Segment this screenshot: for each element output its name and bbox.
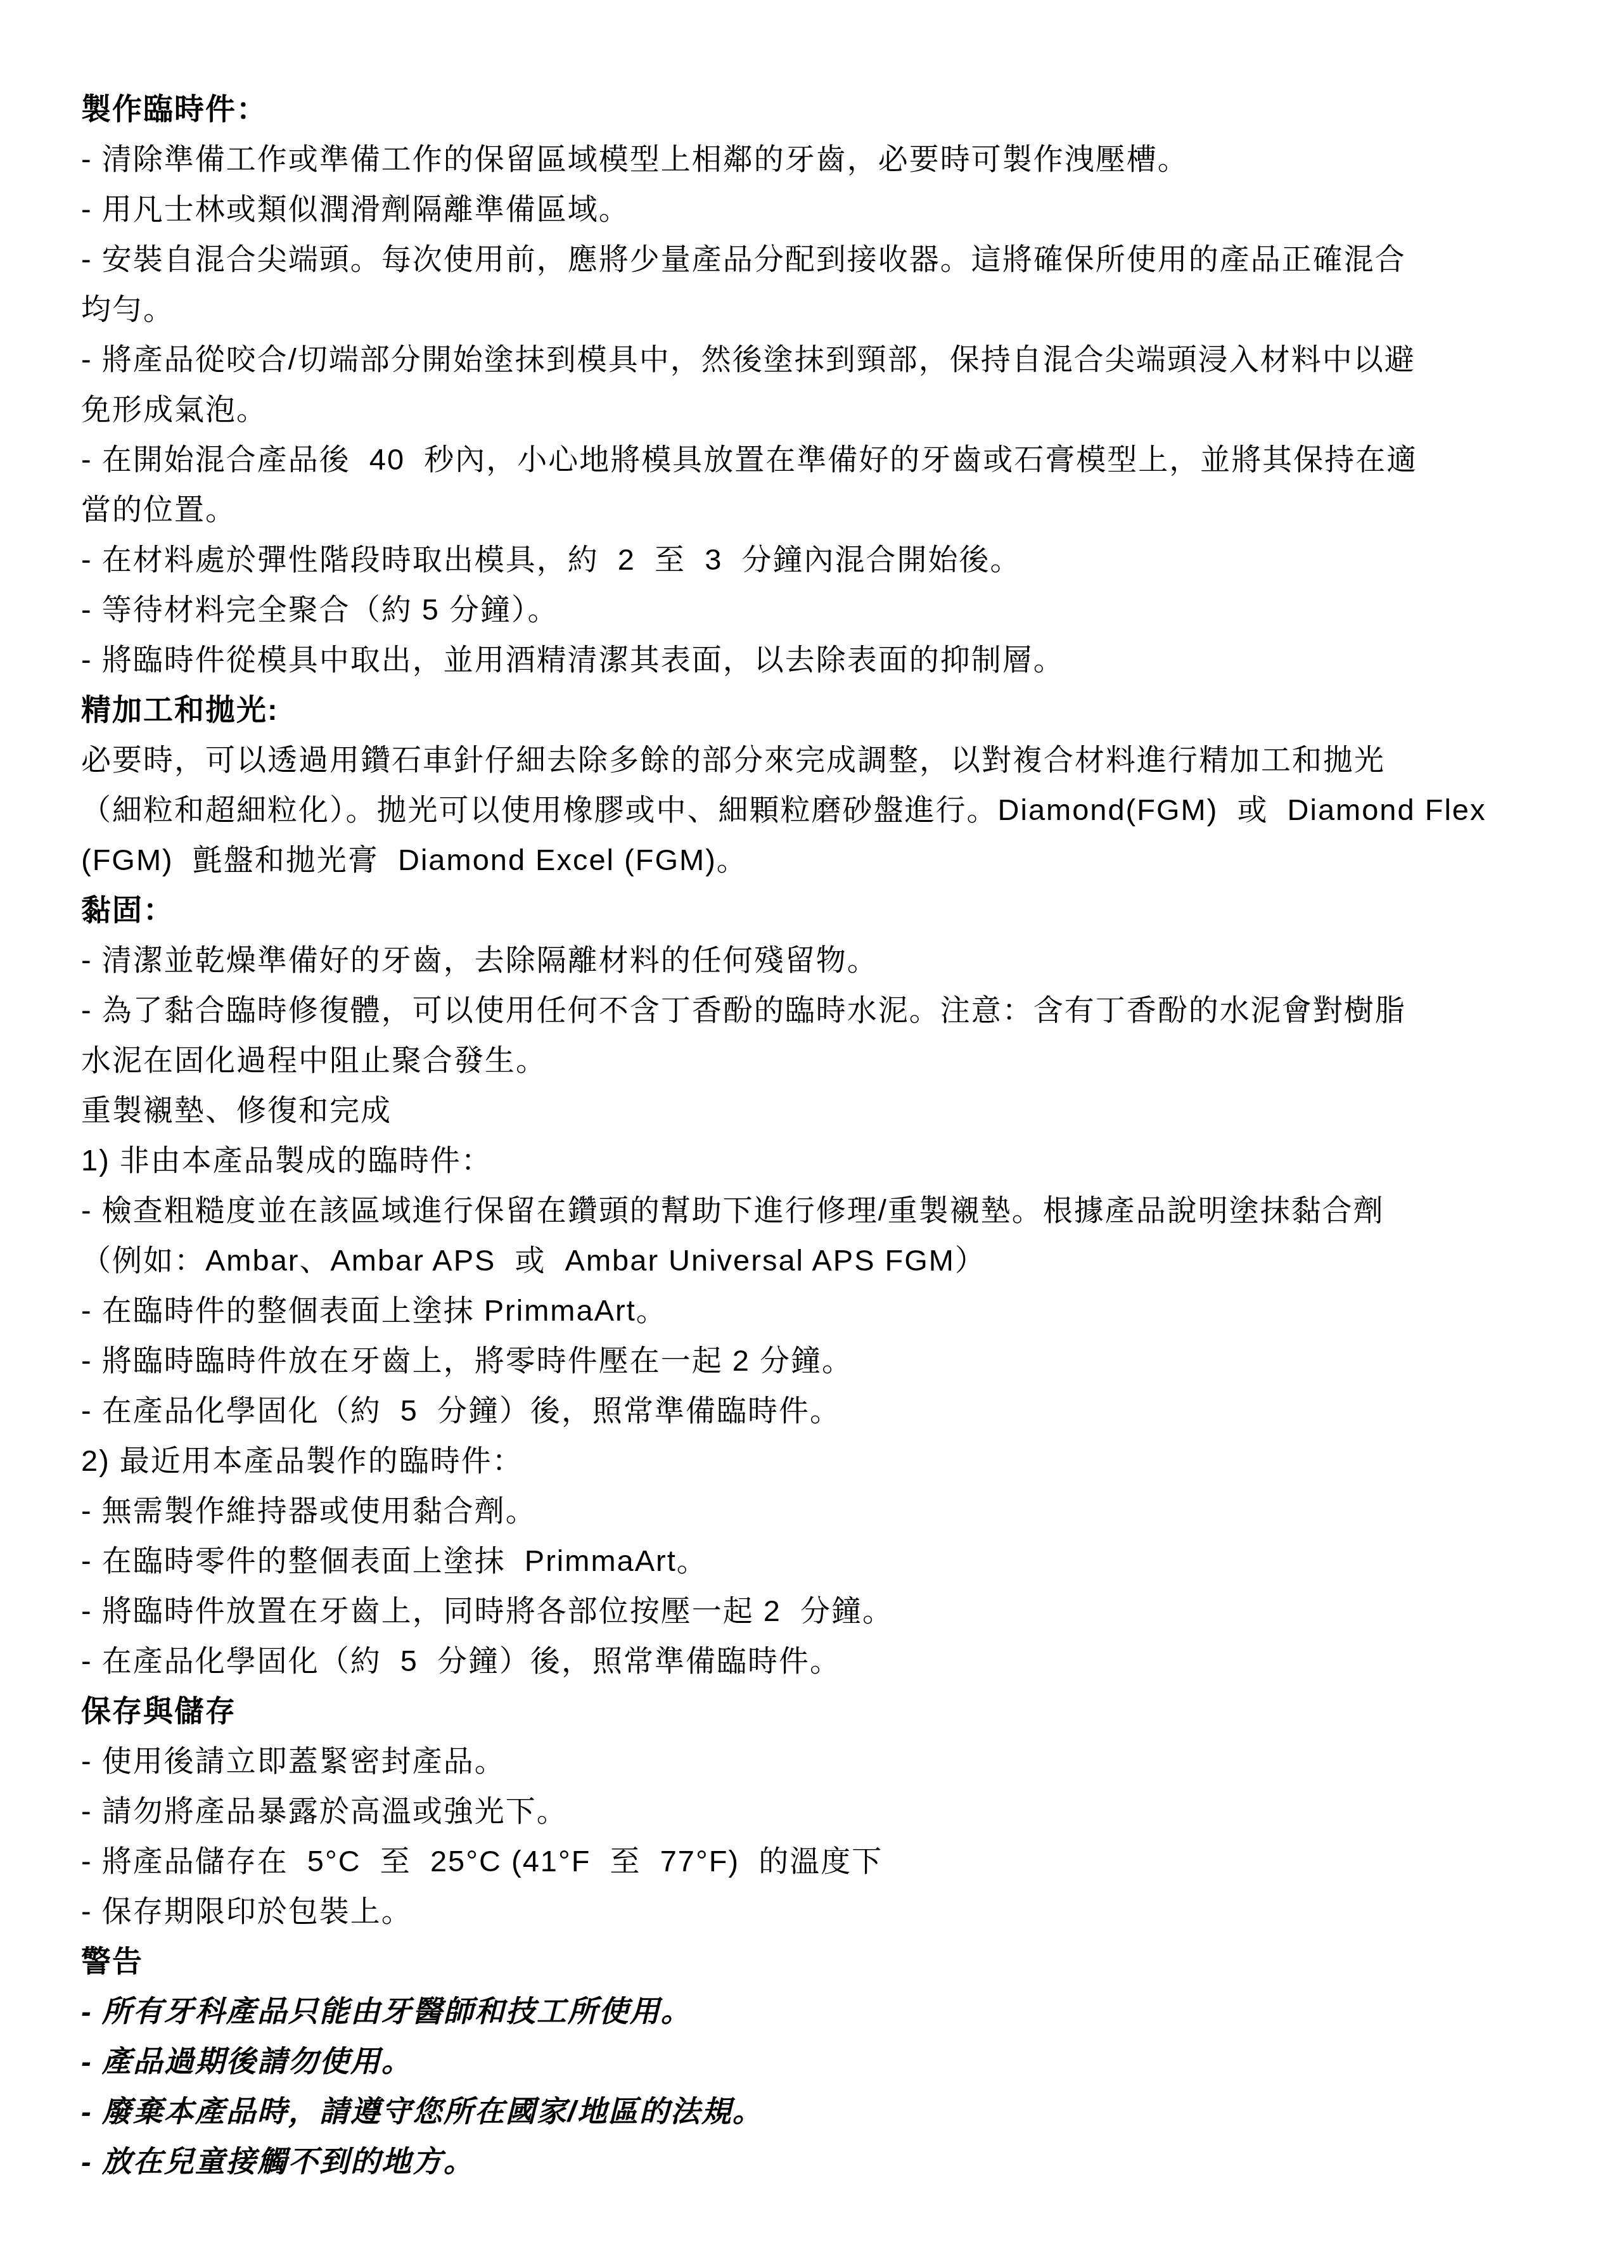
- warning-item: - 產品過期後請勿使用。: [81, 2036, 1548, 2086]
- bullet-item: - 在產品化學固化（約 5 分鐘）後，照常準備臨時件。: [81, 1385, 1548, 1435]
- warning-item: - 廢棄本產品時，請遵守您所在國家/地區的法規。: [81, 2086, 1548, 2136]
- bullet-item: - 無需製作維持器或使用黏合劑。: [81, 1485, 1548, 1535]
- paragraph-line: (FGM) 氈盤和拋光膏 Diamond Excel (FGM)。: [81, 835, 1548, 885]
- bullet-item: - 請勿將產品暴露於高溫或強光下。: [81, 1786, 1548, 1836]
- bullet-item: - 將臨時臨時件放在牙齒上，將零時件壓在一起 2 分鐘。: [81, 1335, 1548, 1385]
- warning-item: - 所有牙科產品只能由牙醫師和技工所使用。: [81, 1986, 1548, 2036]
- continuation-line: （例如：Ambar、Ambar APS 或 Ambar Universal AP…: [81, 1235, 1548, 1285]
- heading-cementation: 黏固：: [81, 885, 1548, 935]
- bullet-item: - 使用後請立即蓋緊密封產品。: [81, 1736, 1548, 1786]
- bullet-item: - 為了黏合臨時修復體，可以使用任何不含丁香酚的臨時水泥。注意：含有丁香酚的水泥…: [81, 985, 1548, 1035]
- numbered-item: 2) 最近用本產品製作的臨時件：: [81, 1435, 1548, 1485]
- paragraph-line: （細粒和超細粒化）。拋光可以使用橡膠或中、細顆粒磨砂盤進行。Diamond(FG…: [81, 785, 1548, 835]
- bullet-item: - 在材料處於彈性階段時取出模具，約 2 至 3 分鐘內混合開始後。: [81, 534, 1548, 584]
- warning-item: - 放在兒童接觸不到的地方。: [81, 2136, 1548, 2186]
- continuation-line: 免形成氣泡。: [81, 384, 1548, 434]
- document-page: 製作臨時件： - 清除準備工作或準備工作的保留區域模型上相鄰的牙齒，必要時可製作…: [0, 0, 1624, 2268]
- bullet-item: - 在臨時零件的整個表面上塗抹 PrimmaArt。: [81, 1535, 1548, 1586]
- bullet-item: - 清潔並乾燥準備好的牙齒，去除隔離材料的任何殘留物。: [81, 935, 1548, 985]
- bullet-item: - 在開始混合產品後 40 秒內，小心地將模具放置在準備好的牙齒或石膏模型上，並…: [81, 434, 1548, 484]
- bullet-item: - 將臨時件從模具中取出，並用酒精清潔其表面，以去除表面的抑制層。: [81, 634, 1548, 684]
- bullet-item: - 清除準備工作或準備工作的保留區域模型上相鄰的牙齒，必要時可製作洩壓槽。: [81, 134, 1548, 184]
- bullet-item: - 將產品從咬合/切端部分開始塗抹到模具中，然後塗抹到頸部，保持自混合尖端頭浸入…: [81, 334, 1548, 384]
- bullet-item: - 等待材料完全聚合（約 5 分鐘）。: [81, 584, 1548, 634]
- bullet-item: - 在產品化學固化（約 5 分鐘）後，照常準備臨時件。: [81, 1636, 1548, 1686]
- paragraph-line: 必要時，可以透過用鑽石車針仔細去除多餘的部分來完成調整，以對複合材料進行精加工和…: [81, 734, 1548, 785]
- continuation-line: 當的位置。: [81, 484, 1548, 534]
- bullet-item: - 在臨時件的整個表面上塗抹 PrimmaArt。: [81, 1285, 1548, 1335]
- heading-warning: 警告: [81, 1936, 1548, 1986]
- bullet-item: - 用凡士林或類似潤滑劑隔離準備區域。: [81, 184, 1548, 234]
- paragraph-line: 重製襯墊、修復和完成: [81, 1085, 1548, 1135]
- heading-finishing-and-polishing: 精加工和拋光:: [81, 684, 1548, 734]
- heading-storage: 保存與儲存: [81, 1686, 1548, 1736]
- bullet-item: - 安裝自混合尖端頭。每次使用前，應將少量產品分配到接收器。這將確保所使用的產品…: [81, 234, 1548, 284]
- bullet-item: - 保存期限印於包裝上。: [81, 1886, 1548, 1936]
- continuation-line: 水泥在固化過程中阻止聚合發生。: [81, 1035, 1548, 1085]
- bullet-item: - 檢查粗糙度並在該區域進行保留在鑽頭的幫助下進行修理/重製襯墊。根據產品說明塗…: [81, 1185, 1548, 1235]
- bullet-item: - 將產品儲存在 5°C 至 25°C (41°F 至 77°F) 的溫度下: [81, 1836, 1548, 1886]
- numbered-item: 1) 非由本產品製成的臨時件：: [81, 1135, 1548, 1185]
- heading-making-temporaries: 製作臨時件：: [81, 84, 1548, 134]
- bullet-item: - 將臨時件放置在牙齒上，同時將各部位按壓一起 2 分鐘。: [81, 1586, 1548, 1636]
- continuation-line: 均勻。: [81, 284, 1548, 334]
